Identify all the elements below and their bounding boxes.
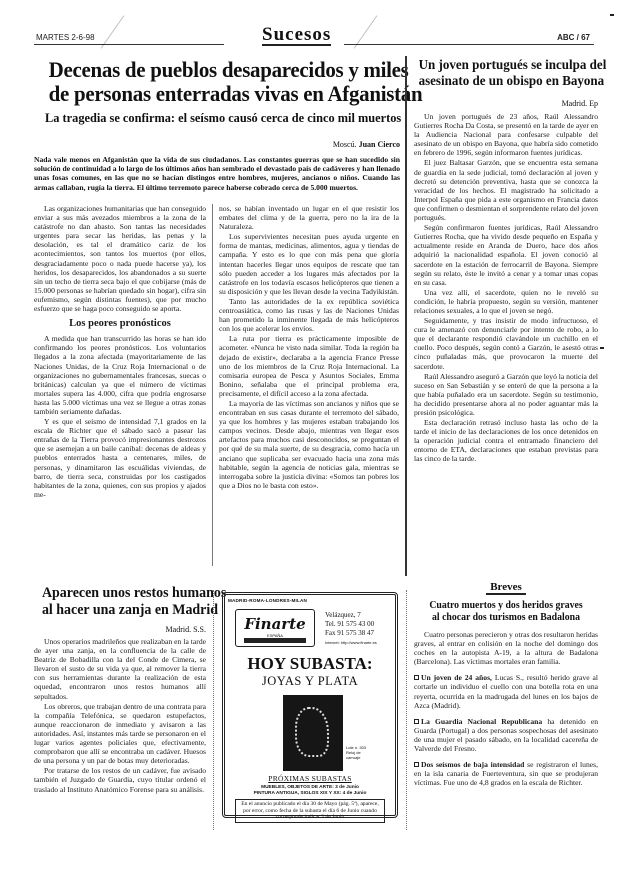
byline-place: Moscú. xyxy=(333,140,357,149)
header-rule-left xyxy=(34,44,224,45)
brand-name: Finarte xyxy=(236,615,314,633)
header-rule-right xyxy=(344,44,594,45)
next-auctions-list: MUEBLES, OBJETOS DE ARTE: 3 de Junio PIN… xyxy=(225,785,395,797)
paragraph: Una vez allí, el sacerdote, quien no le … xyxy=(414,288,598,315)
paragraph: nos, se habían inventado un lugar en el … xyxy=(219,204,399,231)
ad-subtitle: JOYAS Y PLATA xyxy=(225,674,395,689)
bullet-square-icon xyxy=(414,675,419,680)
breves-intro: Cuatro personas perecieron y otras dos r… xyxy=(414,630,598,666)
correction-notice: En el anuncio publicado el día 30 de May… xyxy=(235,799,385,823)
second-headline-line-2: al hacer una zanja en Madrid xyxy=(42,602,200,619)
issue-date: MARTES 2-6-98 xyxy=(36,33,95,42)
main-column-1: Las organizaciones humanitarias que han … xyxy=(34,204,206,499)
side-article-header: Un joven portugués se inculpa del asesin… xyxy=(412,58,600,90)
breve-lead: Dos seísmos de baja intensidad xyxy=(421,760,524,769)
scan-mark xyxy=(600,347,604,349)
paragraph: Seguidamente, y tras insistir de modo in… xyxy=(414,316,598,371)
page-header: MARTES 2-6-98 Sucesos ABC / 67 xyxy=(34,24,594,50)
logo-bar xyxy=(244,638,306,643)
bullet-square-icon xyxy=(414,719,419,724)
paragraph: Unos operarios madrileños que realizaban… xyxy=(34,637,206,701)
breves-title: Breves xyxy=(486,581,526,595)
main-lead: Nada vale menos en Afganistán que la vid… xyxy=(34,155,400,192)
ad-fax: Fax 91 575 38 47 xyxy=(325,629,377,638)
ad-web: Internet: http://www.finarte.es xyxy=(325,638,377,647)
ad-phone: Tel. 91 575 43 00 xyxy=(325,620,377,629)
paragraph: La mayoría de las víctimas son ancianos … xyxy=(219,399,399,490)
paragraph: Las organizaciones humanitarias que han … xyxy=(34,204,206,313)
main-article-header: Decenas de pueblos desaparecidos y miles… xyxy=(36,58,398,126)
section-title: Sucesos xyxy=(262,26,331,46)
ad-title: HOY SUBASTA: xyxy=(225,655,395,673)
photo-caption: Lote n. 303 Reloj de carruaje xyxy=(346,745,366,760)
side-headline: Un joven portugués se inculpa del asesin… xyxy=(419,58,594,90)
side-byline: Madrid. Ep xyxy=(450,99,598,108)
finarte-logo: Finarte ESPAÑA xyxy=(235,609,315,647)
breve-lead: La Guardia Nacional Republicana xyxy=(421,717,542,726)
second-byline: Madrid. S.S. xyxy=(100,625,206,634)
section-divider xyxy=(405,56,407,576)
ad-contact: Velázquez, 7 Tel. 91 575 43 00 Fax 91 57… xyxy=(325,611,377,647)
auction-advertisement: MADRID-ROMA-LONDRES-MILAN Finarte ESPAÑA… xyxy=(222,592,398,818)
ad-address: Velázquez, 7 xyxy=(325,611,377,620)
paragraph: El juez Baltasar Garzón, que se encuentr… xyxy=(414,158,598,222)
paragraph: Según confirmaron fuentes jurídicas, Raú… xyxy=(414,223,598,287)
side-article-body: Un joven portugués de 23 años, Raúl Ales… xyxy=(414,112,598,464)
next-auction-item: PINTURA ANTIGUA, SIGLOS XIX Y XX: 4 de J… xyxy=(225,791,395,797)
second-headline-line-1: Aparecen unos restos humanos xyxy=(42,585,200,602)
main-headline-line-1: Decenas de pueblos desaparecidos y miles xyxy=(49,58,386,82)
column-divider xyxy=(406,590,407,830)
breves-headline: Cuatro muertos y dos heridos graves al c… xyxy=(417,600,596,624)
breves-header: Breves Cuatro muertos y dos heridos grav… xyxy=(412,575,600,624)
breve-lead: Un joven de 24 años, xyxy=(421,673,492,682)
scan-mark xyxy=(610,14,614,16)
paragraph: Raúl Alessandro aseguró a Garzón que ley… xyxy=(414,372,598,417)
main-byline: Moscú. Juan Cierco xyxy=(250,140,400,149)
paragraph: A medida que han transcurrido las horas … xyxy=(34,334,206,416)
paragraph: Tanto las autoridades de la ex república… xyxy=(219,297,399,333)
breve-item: Dos seísmos de baja intensidad se regist… xyxy=(414,760,598,787)
second-headline: Aparecen unos restos humanos al hacer un… xyxy=(42,585,200,619)
main-headline-line-2: de personas enterradas vivas en Afganist… xyxy=(49,82,386,106)
caption-line: carruaje xyxy=(346,755,366,760)
second-article-body: Unos operarios madrileños que realizaban… xyxy=(34,637,206,794)
paragraph: Un joven portugués de 23 años, Raúl Ales… xyxy=(414,112,598,157)
main-subheadline: La tragedia se confirma: el seísmo causó… xyxy=(45,110,389,126)
main-column-2: nos, se habían inventado un lugar en el … xyxy=(219,204,399,490)
main-headline: Decenas de pueblos desaparecidos y miles… xyxy=(49,58,386,106)
subhead-peores-pronosticos: Los peores pronósticos xyxy=(34,319,206,328)
side-headline-line-2: asesinato de un obispo en Bayona xyxy=(419,74,594,90)
column-divider xyxy=(212,204,213,566)
jewel-image-icon xyxy=(295,707,329,757)
side-headline-line-1: Un joven portugués se inculpa del xyxy=(419,58,594,74)
breves-headline-line-2: al chocar dos turismos en Badalona xyxy=(417,612,596,624)
breves-body: Cuatro personas perecieron y otras dos r… xyxy=(414,630,598,787)
column-divider xyxy=(213,590,214,830)
bullet-square-icon xyxy=(414,762,419,767)
paragraph: Los obreros, que trabajan dentro de una … xyxy=(34,702,206,766)
jewel-photo xyxy=(283,695,343,771)
breves-headline-line-1: Cuatro muertos y dos heridos graves xyxy=(417,600,596,612)
paragraph: Por tratarse de los restos de un cadáver… xyxy=(34,766,206,793)
paragraph: Esta declaración retrasó incluso hasta l… xyxy=(414,418,598,463)
paragraph: La ruta por tierra es prácticamente impo… xyxy=(219,334,399,398)
ad-cities: MADRID-ROMA-LONDRES-MILAN xyxy=(228,598,392,603)
byline-author: Juan Cierco xyxy=(359,140,400,149)
breve-item: Un joven de 24 años, Lucas S., resultó h… xyxy=(414,673,598,709)
paragraph: Los supervivientes necesitan pues ayuda … xyxy=(219,232,399,296)
next-auctions-title: PRÓXIMAS SUBASTAS xyxy=(225,774,395,783)
page-number: ABC / 67 xyxy=(557,33,590,42)
second-article-header: Aparecen unos restos humanos al hacer un… xyxy=(36,585,206,619)
breve-item: La Guardia Nacional Republicana ha deten… xyxy=(414,717,598,753)
paragraph: Y es que el seísmo de intensidad 7,1 gra… xyxy=(34,417,206,499)
